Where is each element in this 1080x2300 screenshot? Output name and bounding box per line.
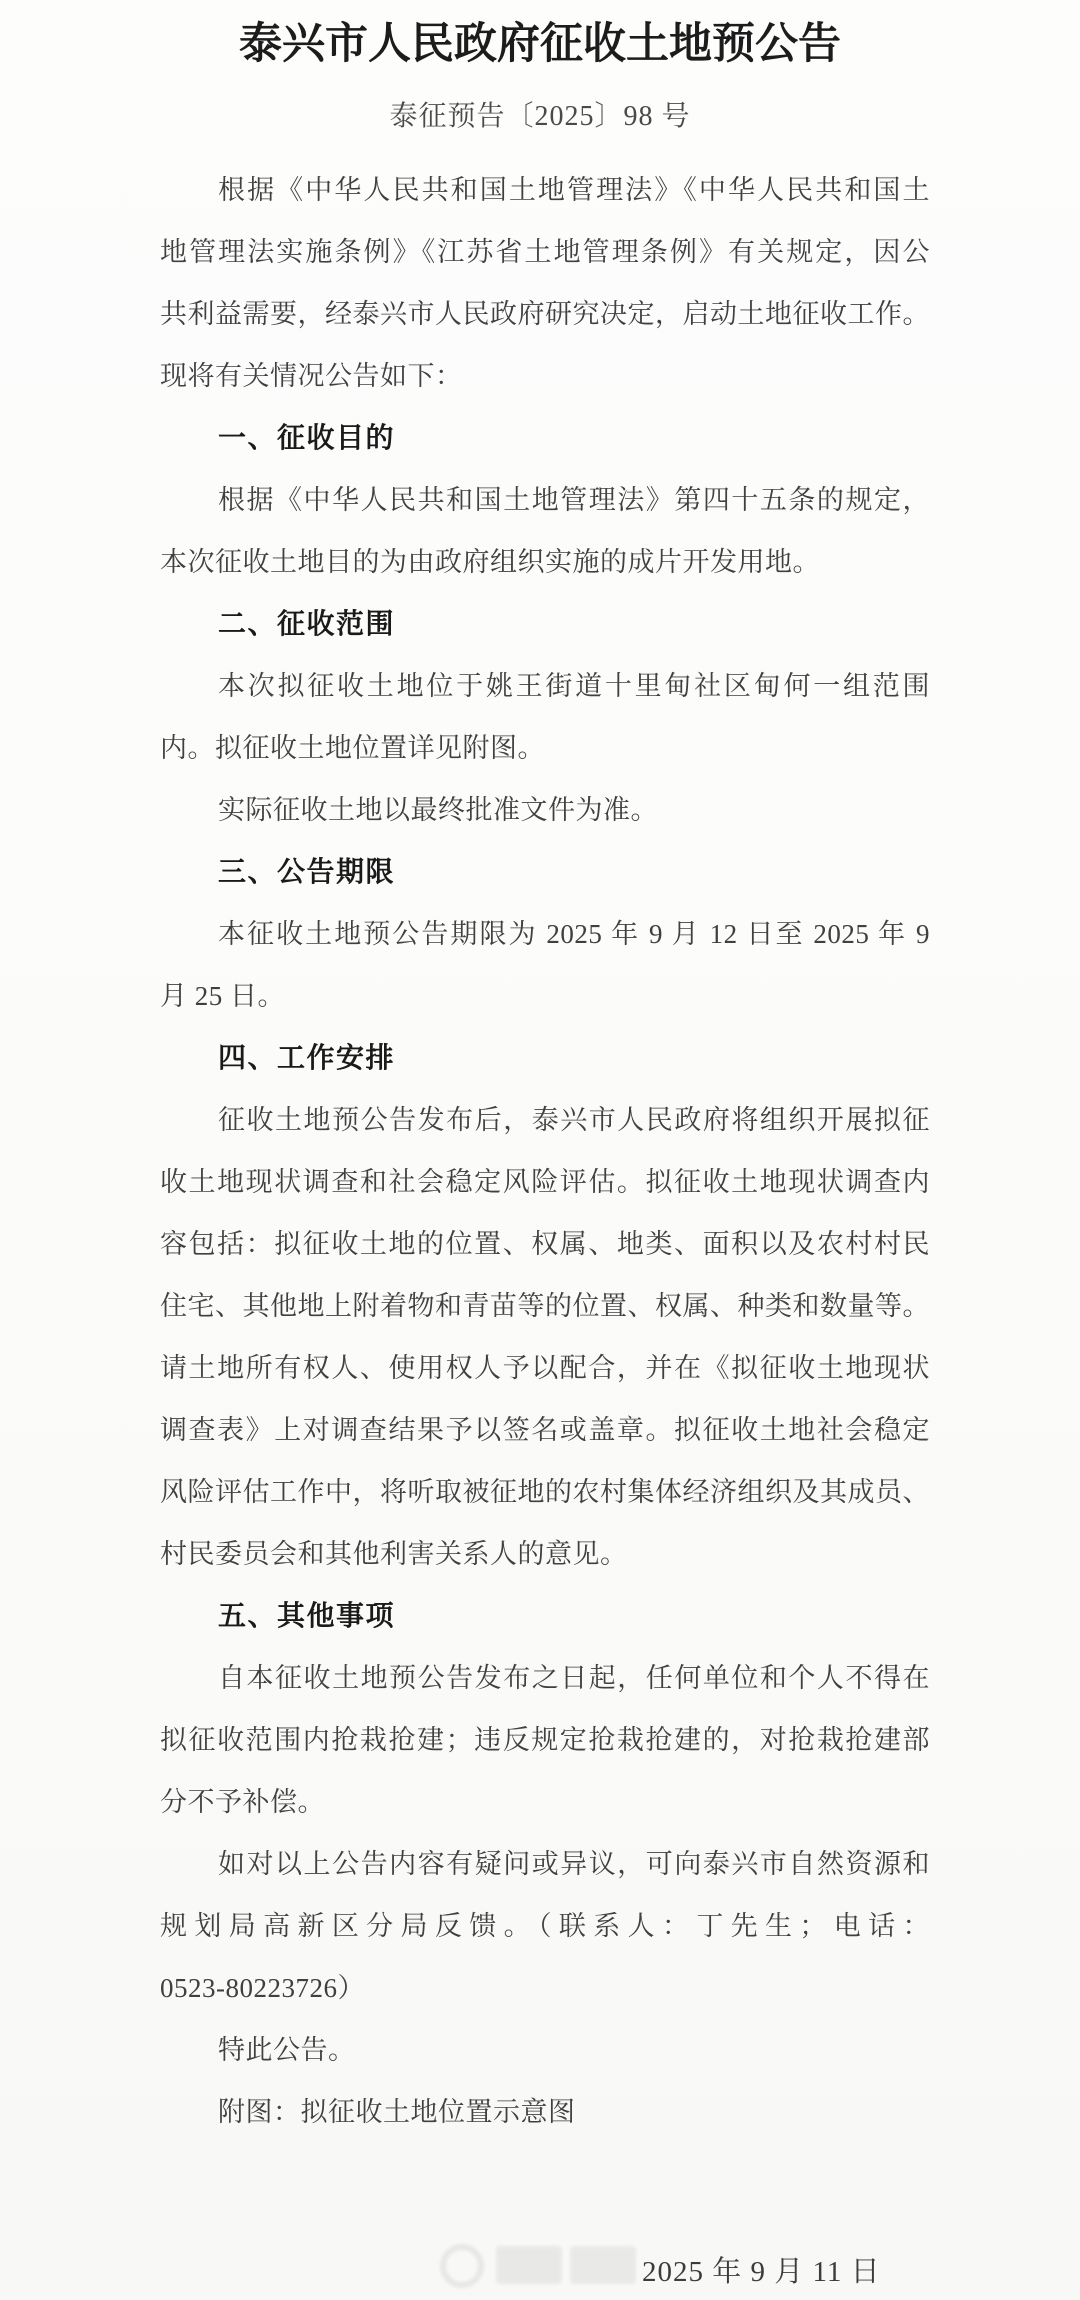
text-line: 本征收土地预公告期限为 2025 年 9 月 12 日至 2025 年 9	[160, 903, 930, 965]
text-line: 分不予补偿。	[160, 1771, 930, 1833]
text-line: 本次征收土地目的为由政府组织实施的成片开发用地。	[160, 531, 930, 593]
text-line: 风险评估工作中，将听取被征地的农村集体经济组织及其成员、	[160, 1461, 930, 1523]
text-line: 本次拟征收土地位于姚王街道十里甸社区甸何一组范围	[160, 655, 930, 717]
section-heading: 四、工作安排	[160, 1027, 930, 1089]
text-line: 收土地现状调查和社会稳定风险评估。拟征收土地现状调查内	[160, 1151, 930, 1213]
text-line: 实际征收土地以最终批准文件为准。	[160, 779, 930, 841]
document-title: 泰兴市人民政府征收土地预公告	[0, 16, 1080, 74]
text-line: 内。拟征收土地位置详见附图。	[160, 717, 930, 779]
text-line: 现将有关情况公告如下：	[160, 345, 930, 407]
section-heading: 二、征收范围	[160, 593, 930, 655]
text-line: 规划局高新区分局反馈。（联系人：丁先生；电话：	[160, 1895, 930, 1957]
document-number: 泰征预告〔2025〕98 号	[0, 100, 1080, 134]
text-line: 根据《中华人民共和国土地管理法》第四十五条的规定，	[160, 469, 930, 531]
text-line: 请土地所有权人、使用权人予以配合，并在《拟征收土地现状	[160, 1337, 930, 1399]
section-heading: 一、征收目的	[160, 407, 930, 469]
text-line: 如对以上公告内容有疑问或异议，可向泰兴市自然资源和	[160, 1833, 930, 1895]
document-body: 根据《中华人民共和国土地管理法》《中华人民共和国土地管理法实施条例》《江苏省土地…	[0, 159, 1080, 2143]
text-line: 拟征收范围内抢栽抢建；违反规定抢栽抢建的，对抢栽抢建部	[160, 1709, 930, 1771]
text-line: 根据《中华人民共和国土地管理法》《中华人民共和国土	[160, 159, 930, 221]
text-line: 特此公告。	[160, 2019, 930, 2081]
section-heading: 三、公告期限	[160, 841, 930, 903]
document-date: 2025 年 9 月 11 日	[642, 2252, 881, 2292]
section-heading: 五、其他事项	[160, 1585, 930, 1647]
text-line: 容包括：拟征收土地的位置、权属、地类、面积以及农村村民	[160, 1213, 930, 1275]
text-line: 共利益需要，经泰兴市人民政府研究决定，启动土地征收工作。	[160, 283, 930, 345]
text-line: 自本征收土地预公告发布之日起，任何单位和个人不得在	[160, 1647, 930, 1709]
faint-watermark	[438, 2238, 650, 2298]
text-line: 调查表》上对调查结果予以签名或盖章。拟征收土地社会稳定	[160, 1399, 930, 1461]
text-line: 附图：拟征收土地位置示意图	[160, 2081, 930, 2143]
watermark-smudge	[570, 2246, 636, 2284]
text-line: 月 25 日。	[160, 965, 930, 1027]
notice-document-page: 泰兴市人民政府征收土地预公告 泰征预告〔2025〕98 号 根据《中华人民共和国…	[0, 0, 1080, 2300]
watermark-logo-circle	[440, 2244, 484, 2288]
text-line: 地管理法实施条例》《江苏省土地管理条例》有关规定，因公	[160, 221, 930, 283]
text-line: 0523-80223726）	[160, 1957, 930, 2019]
text-line: 村民委员会和其他利害关系人的意见。	[160, 1523, 930, 1585]
text-line: 征收土地预公告发布后，泰兴市人民政府将组织开展拟征	[160, 1089, 930, 1151]
text-line: 住宅、其他地上附着物和青苗等的位置、权属、种类和数量等。	[160, 1275, 930, 1337]
watermark-smudge	[496, 2246, 562, 2284]
